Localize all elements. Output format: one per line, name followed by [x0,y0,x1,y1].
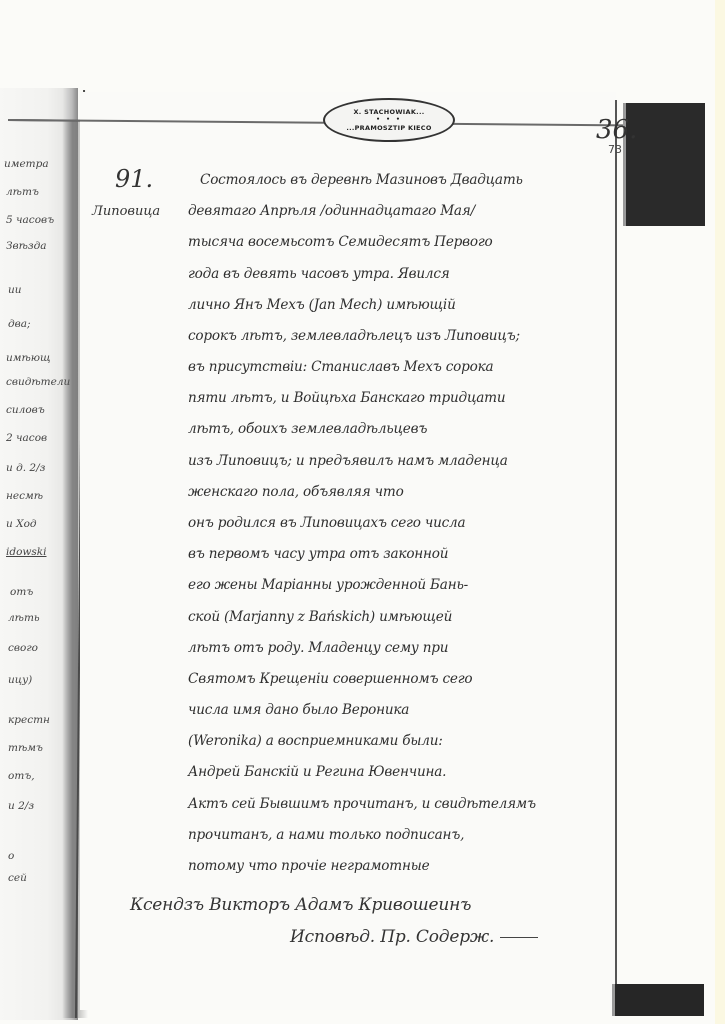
record-line: ской (Marjanny z Bańskich) имѣющей [188,609,452,625]
stamp-line-2: ...PRAMOSZTIP KIECO [346,124,431,132]
record-line: сорокъ лѣтъ, землевладѣлецъ изъ Липовицъ… [188,328,520,344]
record-line: женскаго пола, объявляя что [188,484,404,500]
signature-priest: Ксендзъ Викторъ Адамъ Кривошеинъ [130,895,471,915]
margin-village-name: Липовица [92,204,160,219]
record-line: потому что прочіе неграмотные [188,858,429,874]
record-line: пяти лѣтъ, и Войцѣха Банскаго тридцати [188,390,505,406]
signature-registrar: Исповѣд. Пр. Содерж. [290,927,538,947]
record-line: его жены Маріанны урожденной Бань- [188,577,468,593]
left-note: ии [8,284,22,296]
stamp-dots: • • • [376,116,402,124]
left-note: и Ход [6,518,37,530]
signature-registrar-text: Исповѣд. Пр. Содерж. [290,927,494,947]
record-line: онъ родился въ Липовицахъ сего числа [188,515,465,531]
page-right-edge [615,100,617,1012]
left-note: сей [8,872,27,884]
record-line: Актъ сей Бывшимъ прочитанъ, и свидѣтелям… [188,796,536,812]
record-line: Андрей Банскій и Регина Ювенчина. [188,764,446,780]
record-line: девятаго Апрѣля /одиннадцатаго Мая/ [188,203,475,219]
left-note: о [8,850,14,862]
left-note: имѣющ [6,352,51,364]
record-line: числа имя дано было Вероника [188,702,409,718]
left-note: отъ [10,586,33,598]
record-line: лично Янъ Мехъ (Jan Mech) имѣющій [188,297,456,313]
record-line: въ присутствіи: Станиславъ Мехъ сорока [188,359,493,375]
entry-number: 91. [115,165,153,193]
record-line: тысяча восемьсотъ Семидесятъ Первого [188,234,493,250]
record-line: изъ Липовицъ; и предъявилъ намъ младенца [188,453,508,469]
left-note: два; [8,318,31,330]
left-note: иметра [4,158,49,170]
record-line: Состоялось въ деревнѣ Мазиновъ Двадцать [200,172,523,188]
record-line: года въ девять часовъ утра. Явился [188,266,450,282]
record-line: (Weronika) а восприемниками были: [188,733,443,749]
left-note: свидѣтели [6,376,70,388]
archive-stamp: X. STACHOWIAK... • • • ...PRAMOSZTIP KIE… [323,98,455,142]
folio-sub-number: 73 [608,143,622,156]
left-note: лѣть [8,612,40,624]
left-note: idowski [6,546,47,558]
left-note: и 2/з [8,800,34,812]
left-note: силовъ [6,404,45,416]
record-line: Святомъ Крещеніи совершенномъ сего [188,671,472,687]
scanner-edge [715,0,725,1024]
record-line: лѣтъ отъ роду. Младенцу сему при [188,640,448,656]
left-note: ицу) [8,674,32,686]
left-note: лѣтъ [6,186,39,198]
folio-number: 36. [596,115,637,145]
left-note: 5 часовъ [6,214,54,226]
signature-underline [500,937,538,938]
record-line: прочитанъ, а нами только подписанъ, [188,827,464,843]
left-note: свого [8,642,38,654]
scan-dark-border-bottom [612,984,704,1016]
left-note: 2 часов [6,432,47,444]
record-line: въ первомъ часу утра отъ законной [188,546,448,562]
record-line: лѣтъ, обоихъ землевладѣльцевъ [188,421,427,437]
left-note: Звѣзда [6,240,47,252]
left-note: несмѣ [6,490,43,502]
stamp-line-1: X. STACHOWIAK... [354,108,425,116]
left-note: тѣмъ [8,742,43,754]
left-note: крестн [8,714,50,726]
left-note: отъ, [8,770,35,782]
left-note: и д. 2/з [6,462,45,474]
